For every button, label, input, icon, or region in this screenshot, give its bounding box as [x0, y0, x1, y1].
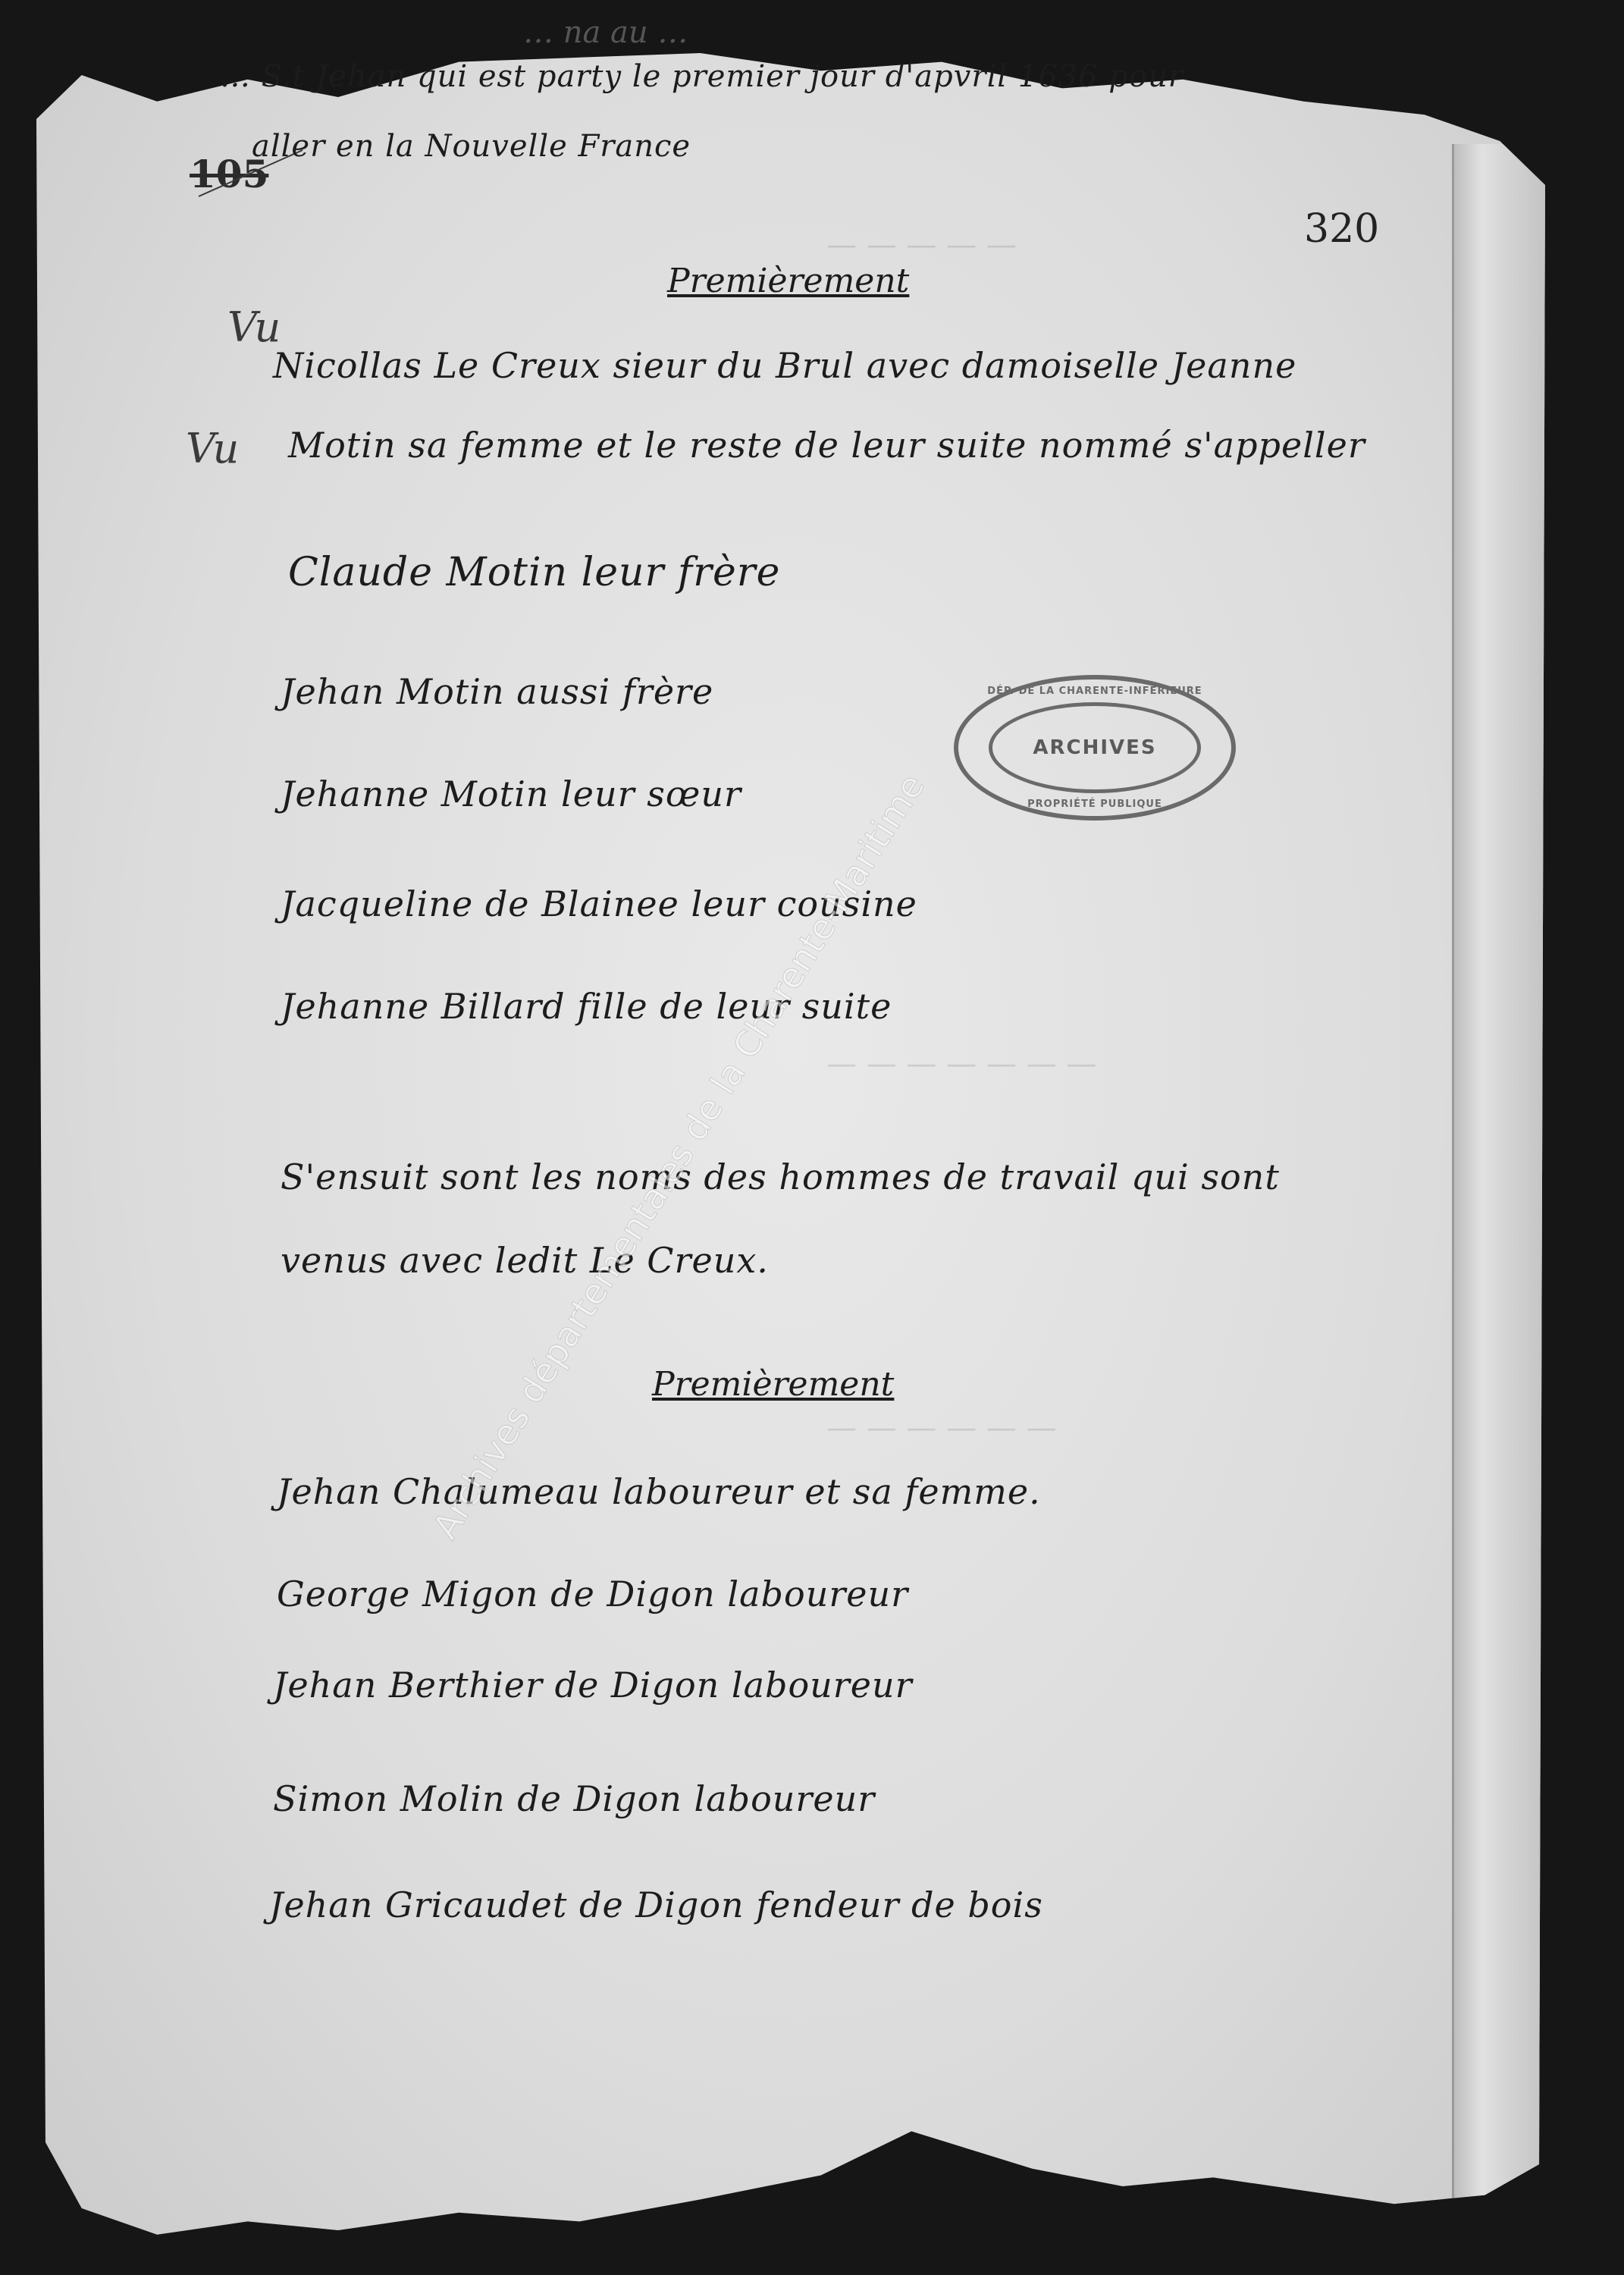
entry-line: Jehan Gricaudet de Digon fendeur de bois	[269, 1884, 1043, 1925]
bleed-through-text: — — — — — —	[826, 1410, 1057, 1445]
entry-line: Jehan Motin aussi frère	[281, 671, 713, 712]
section-heading-1: Premièrement	[667, 262, 909, 300]
margin-note-vu: Vu	[227, 303, 281, 351]
entry-line: Claude Motin leur frère	[288, 550, 780, 595]
archives-stamp: DÉP. DE LA CHARENTE-INFÉRIEURE ARCHIVES …	[954, 675, 1236, 821]
stamp-ring-bottom-text: PROPRIÉTÉ PUBLIQUE	[958, 799, 1231, 810]
margin-note-vu: Vu	[186, 425, 239, 472]
bleed-through-text: — — — — —	[826, 227, 1017, 262]
bleed-through-text: — — — — — — —	[826, 1046, 1096, 1081]
entry-line: Jehan Chalumeau laboureur et sa femme.	[277, 1471, 1041, 1512]
top-fragment-text: … na au …	[523, 15, 688, 50]
header-line-1: … S.t Jehan qui est party le premier jou…	[220, 59, 1184, 94]
folded-page-edge	[1452, 144, 1545, 2207]
header-line-2: aller en la Nouvelle France	[252, 129, 691, 164]
entry-line: Motin sa femme et le reste de leur suite…	[288, 425, 1365, 466]
entry-line: Jehan Berthier de Digon laboureur	[273, 1665, 913, 1705]
stamp-center: ARCHIVES	[989, 702, 1201, 793]
section-heading-2: Premièrement	[652, 1365, 894, 1404]
stamp-ring-top-text: DÉP. DE LA CHARENTE-INFÉRIEURE	[958, 686, 1231, 697]
stamp-center-text: ARCHIVES	[1033, 736, 1156, 759]
folio-number: 320	[1304, 206, 1379, 252]
entry-line: Nicollas Le Creux sieur du Brul avec dam…	[273, 345, 1296, 386]
entry-line: Jehanne Motin leur sœur	[281, 773, 741, 814]
entry-line: S'ensuit sont les noms des hommes de tra…	[281, 1156, 1280, 1197]
entry-line: Simon Molin de Digon laboureur	[273, 1778, 875, 1819]
entry-line: George Migon de Digon laboureur	[277, 1574, 908, 1614]
entry-line: venus avec ledit Le Creux.	[281, 1240, 769, 1281]
